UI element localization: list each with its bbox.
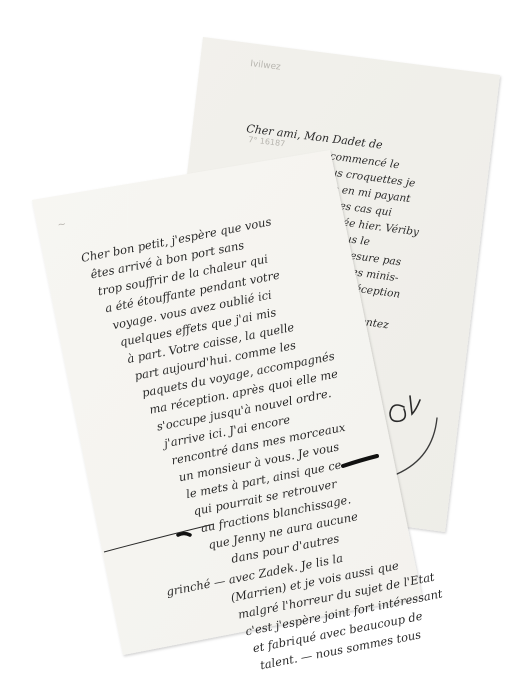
front-letter-margin-mark: ~ xyxy=(57,219,67,231)
letters-photo: Ivilwez 7° 16187 Cher ami, Mon Dadet de … xyxy=(0,0,530,700)
ink-blot xyxy=(178,534,190,536)
